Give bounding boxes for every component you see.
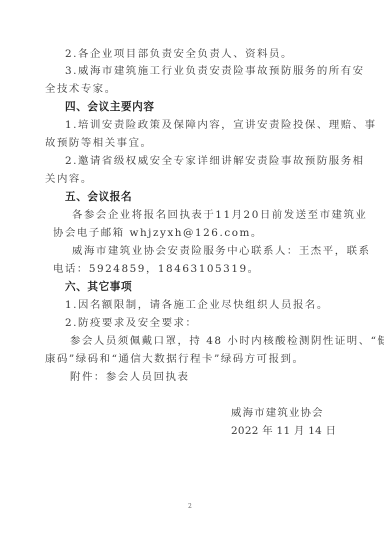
page-number: 2 (188, 503, 192, 510)
list-item-attendee-3: 3.威海市建筑施工行业负责安责险事故预防服务的所有安 (65, 64, 365, 78)
list-item-content-1: 1.培训安责险政策及保障内容，宣讲安责险投保、理赔、事 (65, 118, 377, 132)
section-heading-main-content: 四、会议主要内容 (65, 100, 155, 114)
document-page: 2.各企业项目部负责安全负责人、资料员。 3.威海市建筑施工行业负责安责险事故预… (0, 0, 384, 542)
signature-date: 2022 年 11 月 14 日 (231, 424, 336, 438)
epidemic-requirements: 参会人员须佩戴口罩，持 48 小时内核酸检测阴性证明、“健 (70, 334, 384, 348)
registration-paragraph: 各参会企业将报名回执表于11月20日前发送至市建筑业 (72, 208, 367, 222)
list-item-content-1-cont: 故预防等相关事宜。 (45, 136, 152, 150)
registration-email: 协会电子邮箱 whjzyxh@126.com。 (53, 226, 263, 240)
list-item-content-2: 2.邀请省级权威安全专家详细讲解安责险事故预防服务相 (65, 154, 365, 168)
signature-organization: 威海市建筑业协会 (231, 406, 324, 420)
list-item-attendee-3-cont: 全技术专家。 (45, 82, 117, 96)
contact-paragraph: 威海市建筑业协会安责险服务中心联系人：王杰平，联系 (72, 244, 371, 258)
contact-phone: 电话：5924859，18463105319。 (53, 262, 260, 276)
epidemic-requirements-cont: 康码”绿码和“通信大数据行程卡”绿码方可报到。 (45, 352, 304, 366)
section-heading-registration: 五、会议报名 (65, 190, 132, 204)
list-item-attendee-2: 2.各企业项目部负责安全负责人、资料员。 (65, 47, 293, 61)
attachment-note: 附件：参会人员回执表 (70, 370, 189, 384)
list-item-content-2-cont: 关内容。 (45, 172, 93, 186)
list-item-other-2: 2.防疫要求及安全要求： (65, 316, 197, 330)
section-heading-other: 六、其它事项 (65, 280, 132, 294)
list-item-other-1: 1.因名额限制，请各施工企业尽快组织人员报名。 (65, 298, 329, 312)
